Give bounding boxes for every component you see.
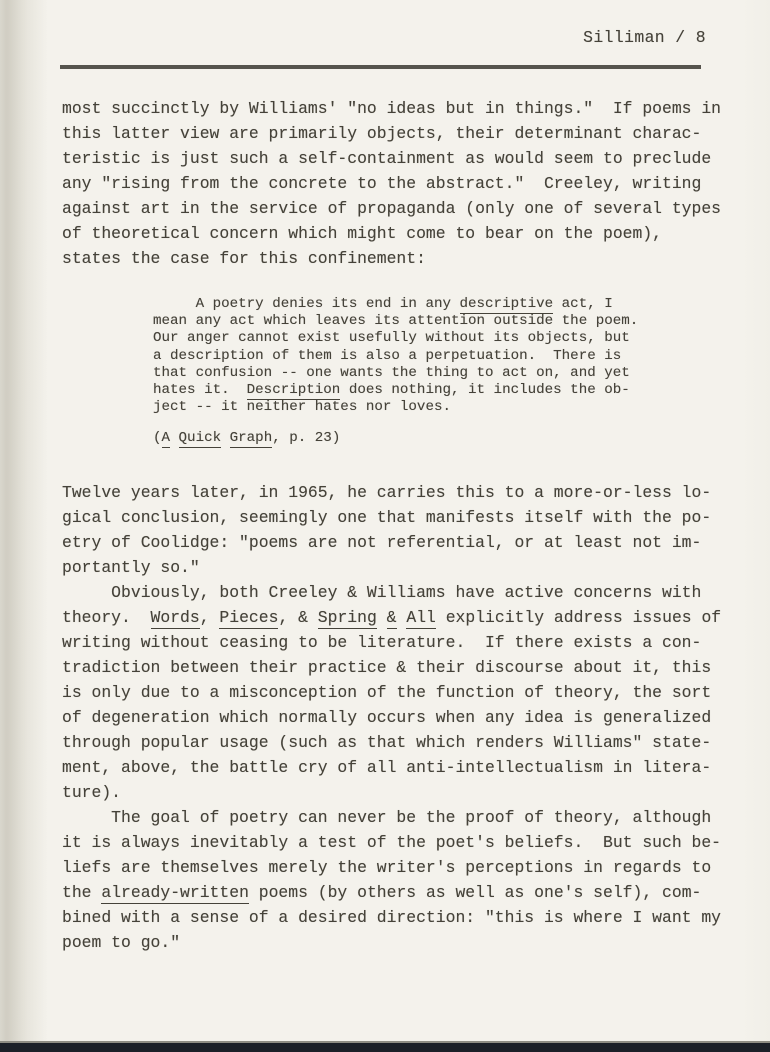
text-line: teristic is just such a self-containment… bbox=[62, 146, 752, 171]
text-segment: ject -- it neither hates nor loves. bbox=[153, 399, 451, 415]
text-segment: Twelve years later, in 1965, he carries … bbox=[62, 483, 711, 502]
paragraph: Twelve years later, in 1965, he carries … bbox=[62, 480, 752, 580]
text-line: ture). bbox=[62, 780, 752, 805]
text-segment bbox=[397, 608, 407, 627]
text-segment: theory. bbox=[62, 608, 151, 627]
underlined-text: Description bbox=[247, 382, 341, 400]
text-line: bined with a sense of a desired directio… bbox=[62, 905, 752, 930]
underlined-text: Spring bbox=[318, 608, 377, 629]
underlined-text: All bbox=[406, 608, 436, 629]
text-line: of theoretical concern which might come … bbox=[62, 221, 752, 246]
underlined-text: A bbox=[162, 430, 171, 448]
paragraph: The goal of poetry can never be the proo… bbox=[62, 805, 752, 955]
text-segment bbox=[377, 608, 387, 627]
text-segment: of theoretical concern which might come … bbox=[62, 224, 662, 243]
text-segment: states the case for this confinement: bbox=[62, 249, 426, 268]
manuscript-page: Silliman / 8 most succinctly by Williams… bbox=[0, 0, 770, 1052]
text-segment bbox=[221, 430, 230, 446]
underlined-text: Words bbox=[151, 608, 200, 629]
text-line: theory. Words, Pieces, & Spring & All ex… bbox=[62, 605, 752, 630]
text-segment: writing without ceasing to be literature… bbox=[62, 633, 701, 652]
text-line: Obviously, both Creeley & Williams have … bbox=[62, 580, 752, 605]
text-segment: ( bbox=[153, 430, 162, 446]
text-line: the already-written poems (by others as … bbox=[62, 880, 752, 905]
text-segment: mean any act which leaves its attention … bbox=[153, 313, 638, 329]
citation: (A Quick Graph, p. 23) bbox=[153, 430, 752, 447]
text-segment: ment, above, the battle cry of all anti-… bbox=[62, 758, 711, 777]
text-segment: bined with a sense of a desired directio… bbox=[62, 908, 721, 927]
page-header: Silliman / 8 bbox=[583, 28, 706, 47]
text-segment: , & bbox=[278, 608, 317, 627]
text-segment: act, I bbox=[553, 296, 613, 312]
text-segment: gical conclusion, seemingly one that man… bbox=[62, 508, 711, 527]
text-segment: Obviously, both Creeley & Williams have … bbox=[62, 583, 701, 602]
text-line: poem to go." bbox=[62, 930, 752, 955]
text-segment: etry of Coolidge: "poems are not referen… bbox=[62, 533, 701, 552]
text-line: liefs are themselves merely the writer's… bbox=[62, 855, 752, 880]
text-segment: liefs are themselves merely the writer's… bbox=[62, 858, 711, 877]
paragraph: most succinctly by Williams' "no ideas b… bbox=[62, 96, 752, 271]
text-segment: it is always inevitably a test of the po… bbox=[62, 833, 721, 852]
text-line: ject -- it neither hates nor loves. bbox=[153, 399, 752, 416]
text-segment: does nothing, it includes the ob- bbox=[340, 382, 629, 398]
text-segment: ture). bbox=[62, 783, 121, 802]
text-segment: of degeneration which normally occurs wh… bbox=[62, 708, 711, 727]
text-line: A poetry denies its end in any descripti… bbox=[153, 296, 752, 313]
text-line: this latter view are primarily objects, … bbox=[62, 121, 752, 146]
text-line: a description of them is also a perpetua… bbox=[153, 348, 752, 365]
text-segment: a description of them is also a perpetua… bbox=[153, 348, 621, 364]
block-quote: A poetry denies its end in any descripti… bbox=[153, 296, 752, 416]
text-line: against art in the service of propaganda… bbox=[62, 196, 752, 221]
text-segment: poems (by others as well as one's self),… bbox=[249, 883, 701, 902]
text-segment: against art in the service of propaganda… bbox=[62, 199, 721, 218]
text-segment: the bbox=[62, 883, 101, 902]
text-segment: most succinctly by Williams' "no ideas b… bbox=[62, 99, 721, 118]
text-segment: portantly so." bbox=[62, 558, 200, 577]
text-segment: Our anger cannot exist usefully without … bbox=[153, 330, 630, 346]
text-segment: is only due to a misconception of the fu… bbox=[62, 683, 711, 702]
text-segment: The goal of poetry can never be the proo… bbox=[62, 808, 711, 827]
text-line: through popular usage (such as that whic… bbox=[62, 730, 752, 755]
text-segment: , bbox=[200, 608, 220, 627]
underlined-text: already-written bbox=[101, 883, 249, 904]
text-segment: that confusion -- one wants the thing to… bbox=[153, 365, 630, 381]
text-segment bbox=[170, 430, 179, 446]
text-line: that confusion -- one wants the thing to… bbox=[153, 365, 752, 382]
text-segment: through popular usage (such as that whic… bbox=[62, 733, 711, 752]
text-line: of degeneration which normally occurs wh… bbox=[62, 705, 752, 730]
text-segment: hates it. bbox=[153, 382, 247, 398]
text-line: any "rising from the concrete to the abs… bbox=[62, 171, 752, 196]
text-line: gical conclusion, seemingly one that man… bbox=[62, 505, 752, 530]
header-rule bbox=[60, 65, 701, 69]
text-segment: A poetry denies its end in any bbox=[153, 296, 460, 312]
text-segment: tradiction between their practice & thei… bbox=[62, 658, 711, 677]
text-line: etry of Coolidge: "poems are not referen… bbox=[62, 530, 752, 555]
text-line: it is always inevitably a test of the po… bbox=[62, 830, 752, 855]
underlined-text: Pieces bbox=[219, 608, 278, 629]
underlined-text: Graph bbox=[230, 430, 273, 448]
text-segment: teristic is just such a self-containment… bbox=[62, 149, 711, 168]
scan-bottom-edge bbox=[0, 1043, 770, 1052]
text-segment: any "rising from the concrete to the abs… bbox=[62, 174, 701, 193]
text-segment: explicitly address issues of bbox=[436, 608, 721, 627]
text-line: portantly so." bbox=[62, 555, 752, 580]
paragraph: Obviously, both Creeley & Williams have … bbox=[62, 580, 752, 805]
text-line: Twelve years later, in 1965, he carries … bbox=[62, 480, 752, 505]
text-line: (A Quick Graph, p. 23) bbox=[153, 430, 752, 447]
text-line: writing without ceasing to be literature… bbox=[62, 630, 752, 655]
text-line: The goal of poetry can never be the proo… bbox=[62, 805, 752, 830]
text-line: hates it. Description does nothing, it i… bbox=[153, 382, 752, 399]
document-body: most succinctly by Williams' "no ideas b… bbox=[62, 96, 752, 955]
text-segment: this latter view are primarily objects, … bbox=[62, 124, 701, 143]
text-segment: , p. 23) bbox=[272, 430, 340, 446]
text-line: Our anger cannot exist usefully without … bbox=[153, 330, 752, 347]
text-line: ment, above, the battle cry of all anti-… bbox=[62, 755, 752, 780]
underlined-text: descriptive bbox=[460, 296, 554, 314]
text-line: tradiction between their practice & thei… bbox=[62, 655, 752, 680]
text-line: mean any act which leaves its attention … bbox=[153, 313, 752, 330]
text-line: most succinctly by Williams' "no ideas b… bbox=[62, 96, 752, 121]
underlined-text: Quick bbox=[179, 430, 222, 448]
text-segment: poem to go." bbox=[62, 933, 180, 952]
text-line: states the case for this confinement: bbox=[62, 246, 752, 271]
text-line: is only due to a misconception of the fu… bbox=[62, 680, 752, 705]
underlined-text: & bbox=[387, 608, 397, 629]
scan-left-edge-shadow bbox=[0, 0, 48, 1052]
